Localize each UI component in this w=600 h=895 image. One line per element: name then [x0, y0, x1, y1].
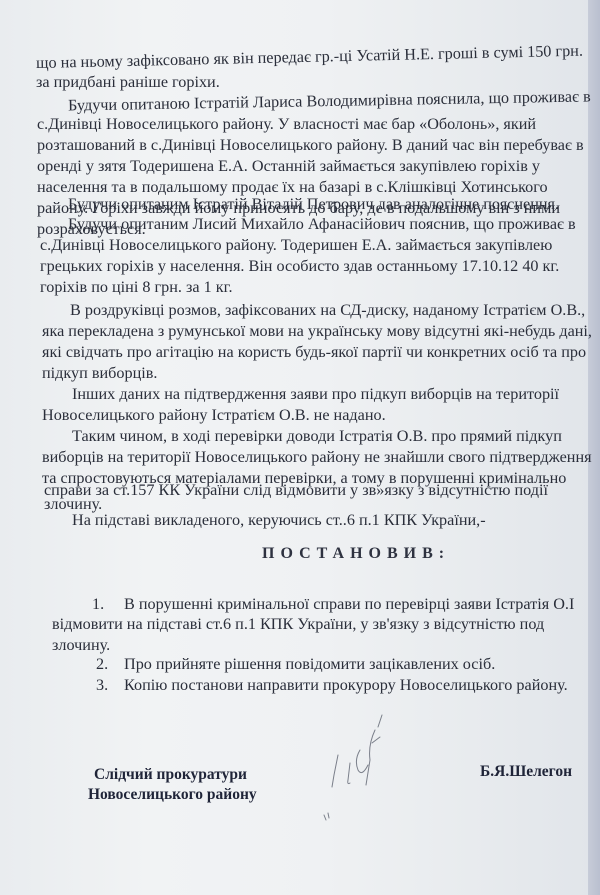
text-line: Будучи опитаним Лисий Михайло Афанасійов… — [68, 214, 576, 234]
text-line: виборців на території Новоселицького рай… — [42, 447, 592, 467]
text-line: розташований в с.Динівці Новоселицького … — [37, 135, 584, 155]
text-line: На підставі викладеного, керуючись ст..6… — [72, 510, 486, 530]
text-line: підкуп виборців. — [42, 363, 157, 383]
text-line: горіхів по ціні 8 грн. за 1 кг. — [40, 277, 233, 297]
text-line: В роздруківці розмов, зафіксованих на СД… — [70, 300, 585, 320]
text-line: с.Динівці Новоселицького району. У власн… — [37, 114, 536, 134]
text-line: Інших даних на підтвердження заяви про п… — [72, 384, 559, 404]
signer-position-line1: Слідчий прокуратури — [94, 765, 247, 784]
text-line: Таким чином, в ході перевірки доводи Іст… — [72, 426, 562, 446]
signer-position-line2: Новоселицького району — [88, 785, 257, 804]
text-line: яка перекладена з румунської мови на укр… — [42, 321, 592, 341]
text-line: с.Динівці Новоселицького району. Тодериш… — [40, 235, 552, 255]
text-line: справи за ст.157 КК України слід відмови… — [44, 480, 548, 500]
text-line: за придбані раніше горіхи. — [36, 72, 220, 92]
handwritten-signature-icon — [320, 705, 430, 845]
text-line: які свідчать про агітацію на користь буд… — [42, 342, 586, 362]
list-item-text: Копію постанови направити прокурору Ново… — [124, 675, 568, 695]
list-item-number: 1. — [92, 594, 104, 614]
resolution-title: ПОСТАНОВИВ: — [262, 545, 450, 563]
list-item-text: злочину. — [52, 635, 110, 655]
signer-name: Б.Я.Шелегон — [480, 762, 572, 781]
list-item-text: відмовити на підставі ст.6 п.1 КПК Украї… — [52, 614, 544, 634]
text-line: оренді у зятя Тодеришена Е.А. Останній з… — [37, 156, 540, 176]
text-line: Новоселицького району Істратієм О.В. не … — [42, 405, 386, 425]
list-item-number: 2. — [96, 654, 108, 674]
list-item-text: В порушенні кримінальної справи по перев… — [124, 594, 574, 614]
list-item-number: 3. — [96, 675, 108, 695]
text-line: Будучи опитаним Істратій Віталій Петрови… — [68, 194, 559, 214]
text-line: грецьких горіхів у населення. Він особис… — [40, 256, 559, 276]
list-item-text: Про прийняте рішення повідомити зацікавл… — [124, 654, 495, 674]
